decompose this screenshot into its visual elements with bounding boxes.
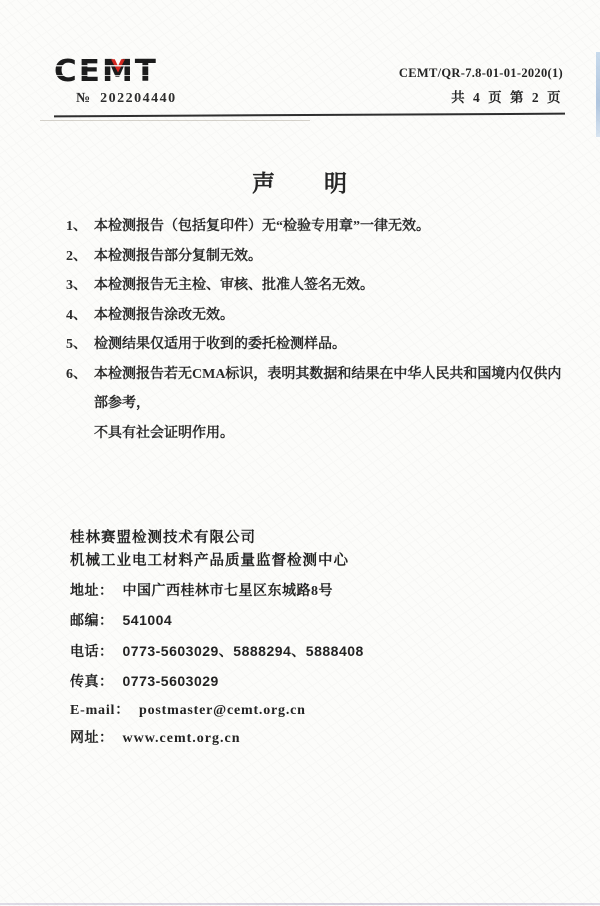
phone-label: 电话： [70,645,114,660]
postcode-value: 541004 [123,612,173,628]
contact-row-fax: 传真：0773-5603029 [70,667,570,697]
email-label: E-mail： [70,703,130,718]
statement-item-5: 5、 检测结果仅适用于收到的委托检测样品。 [66,330,566,360]
report-number: №202204440 [76,91,177,107]
scan-edge-artifact-right [596,52,600,137]
fax-label: 传真： [70,675,114,690]
statement-text: 本检测报告无主检、审核、批准人签名无效。 [94,278,374,293]
statement-item-2: 2、 本检测报告部分复制无效。 [66,242,566,272]
contact-row-phone: 电话：0773-5603029、5888294、5888408 [70,637,570,667]
fax-value: 0773-5603029 [123,673,219,689]
document-code: CEMT/QR-7.8-01-01-2020(1) [399,66,563,81]
statement-list: 1、 本检测报告（包括复印件）无“检验专用章”一律无效。 2、 本检测报告部分复… [66,212,566,448]
statement-item-6: 6、 本检测报告若无CMA标识，表明其数据和结果在中华人民共和国境内仅供内部参考… [66,360,566,449]
contact-row-address: 地址：中国广西桂林市七星区东城路8号 [70,578,570,606]
company-name: 桂林赛盟检测技术有限公司 [70,527,570,550]
address-value: 中国广西桂林市七星区东城路8号 [123,584,334,599]
logo-red-chevron-icon [108,58,128,74]
center-name: 机械工业电工材料产品质量监督检测中心 [70,550,570,573]
page-title: 声 明 [0,165,600,198]
email-value: postmaster@cemt.org.cn [139,703,306,718]
statement-text: 本检测报告涂改无效。 [94,308,234,323]
statement-number: 3、 [66,271,94,301]
statement-number: 2、 [66,242,94,272]
statement-text-line1: 本检测报告若无CMA标识，表明其数据和结果在中华人民共和国境内仅供内部参考， [94,360,566,419]
statement-text: 本检测报告部分复制无效。 [94,249,262,264]
header-right-block: CEMT/QR-7.8-01-01-2020(1) 共 4 页 第 2 页 [399,66,563,106]
statement-text-line2: 不具有社会证明作用。 [94,419,566,449]
website-value: www.cemt.org.cn [123,731,241,746]
contact-row-email: E-mail：postmaster@cemt.org.cn [70,697,570,725]
cemt-logo: CEMT [54,56,158,86]
statement-number: 4、 [66,301,94,331]
contact-rows: 地址：中国广西桂林市七星区东城路8号 邮编：541004 电话：0773-560… [70,578,570,754]
report-declaration-page: CEMT №202204440 CEMT/QR-7.8-01-01-2020(1… [0,0,600,906]
contact-row-website: 网址：www.cemt.org.cn [70,725,570,753]
statement-number: 1、 [66,212,94,242]
logo-text-t: T [135,53,158,88]
page-indicator: 共 4 页 第 2 页 [399,86,563,106]
statement-text: 检测结果仅适用于收到的委托检测样品。 [94,337,346,352]
phone-value: 0773-5603029、5888294、5888408 [123,643,364,659]
website-label: 网址： [70,731,114,746]
statement-number: 6、 [66,360,94,390]
scan-grain-overlay [0,0,600,906]
statement-item-4: 4、 本检测报告涂改无效。 [66,301,566,331]
contact-row-postcode: 邮编：541004 [70,606,570,636]
logo-text-ce: CE [54,53,102,88]
postcode-label: 邮编： [70,614,114,629]
statement-item-3: 3、 本检测报告无主检、审核、批准人签名无效。 [66,271,566,301]
report-number-value: 202204440 [100,91,177,106]
statement-number: 5、 [66,330,94,360]
header-divider-scan-echo [40,120,310,121]
address-label: 地址： [70,584,114,599]
statement-text: 本检测报告（包括复印件）无“检验专用章”一律无效。 [94,219,430,234]
header-divider [54,113,565,118]
numero-sign: № [76,91,90,106]
scan-edge-artifact-bottom [0,903,600,905]
contact-block: 桂林赛盟检测技术有限公司 机械工业电工材料产品质量监督检测中心 地址：中国广西桂… [70,527,570,754]
statement-item-1: 1、 本检测报告（包括复印件）无“检验专用章”一律无效。 [66,212,566,242]
